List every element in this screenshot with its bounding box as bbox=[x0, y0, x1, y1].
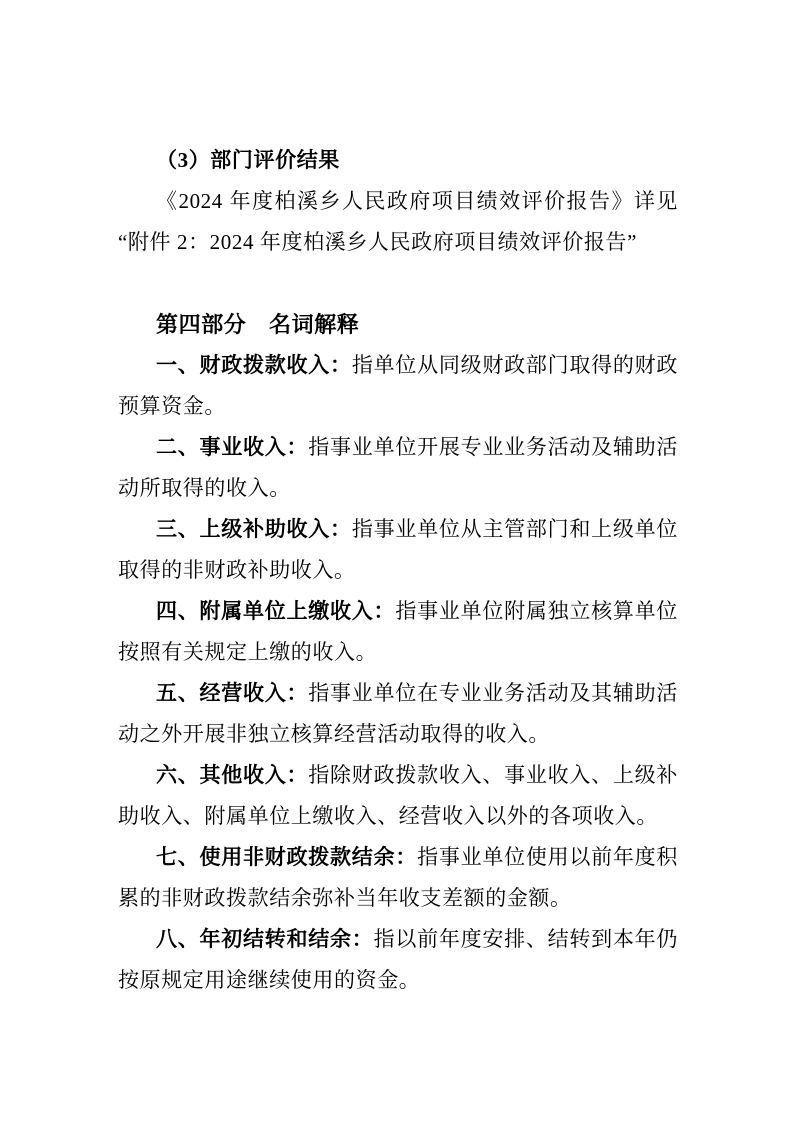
term-label: 三、上级补助收入： bbox=[156, 517, 352, 541]
dept-eval-heading: （3）部门评价结果 bbox=[118, 140, 678, 181]
term-paragraph: 四、附属单位上缴收入：指事业单位附属独立核算单位按照有关规定上缴的收入。 bbox=[118, 591, 678, 673]
term-label: 一、财政拨款收入： bbox=[156, 353, 352, 377]
document-page: （3）部门评价结果 《2024 年度柏溪乡人民政府项目绩效评价报告》详见“附件 … bbox=[0, 0, 793, 1122]
term-label: 五、经营收入： bbox=[156, 681, 308, 705]
term-paragraph: 三、上级补助收入：指事业单位从主管部门和上级单位取得的非财政补助收入。 bbox=[118, 509, 678, 591]
term-paragraph: 二、事业收入：指事业单位开展专业业务活动及辅助活动所取得的收入。 bbox=[118, 427, 678, 509]
term-paragraph: 八、年初结转和结余：指以前年度安排、结转到本年仍按原规定用途继续使用的资金。 bbox=[118, 919, 678, 1001]
term-paragraph: 七、使用非财政拨款结余：指事业单位使用以前年度积累的非财政拨款结余弥补当年收支差… bbox=[118, 837, 678, 919]
document-content: （3）部门评价结果 《2024 年度柏溪乡人民政府项目绩效评价报告》详见“附件 … bbox=[118, 140, 678, 1001]
term-label: 二、事业收入： bbox=[156, 435, 308, 459]
term-label: 六、其他收入： bbox=[156, 763, 308, 787]
part4-heading: 第四部分 名词解释 bbox=[118, 304, 678, 345]
term-paragraph: 五、经营收入：指事业单位在专业业务活动及其辅助活动之外开展非独立核算经营活动取得… bbox=[118, 673, 678, 755]
term-paragraph: 六、其他收入：指除财政拨款收入、事业收入、上级补助收入、附属单位上缴收入、经营收… bbox=[118, 755, 678, 837]
term-label: 八、年初结转和结余： bbox=[156, 927, 374, 951]
dept-eval-body: 《2024 年度柏溪乡人民政府项目绩效评价报告》详见“附件 2：2024 年度柏… bbox=[118, 181, 678, 263]
term-label: 四、附属单位上缴收入： bbox=[156, 599, 395, 623]
term-paragraph: 一、财政拨款收入：指单位从同级财政部门取得的财政预算资金。 bbox=[118, 345, 678, 427]
term-label: 七、使用非财政拨款结余： bbox=[156, 845, 417, 869]
